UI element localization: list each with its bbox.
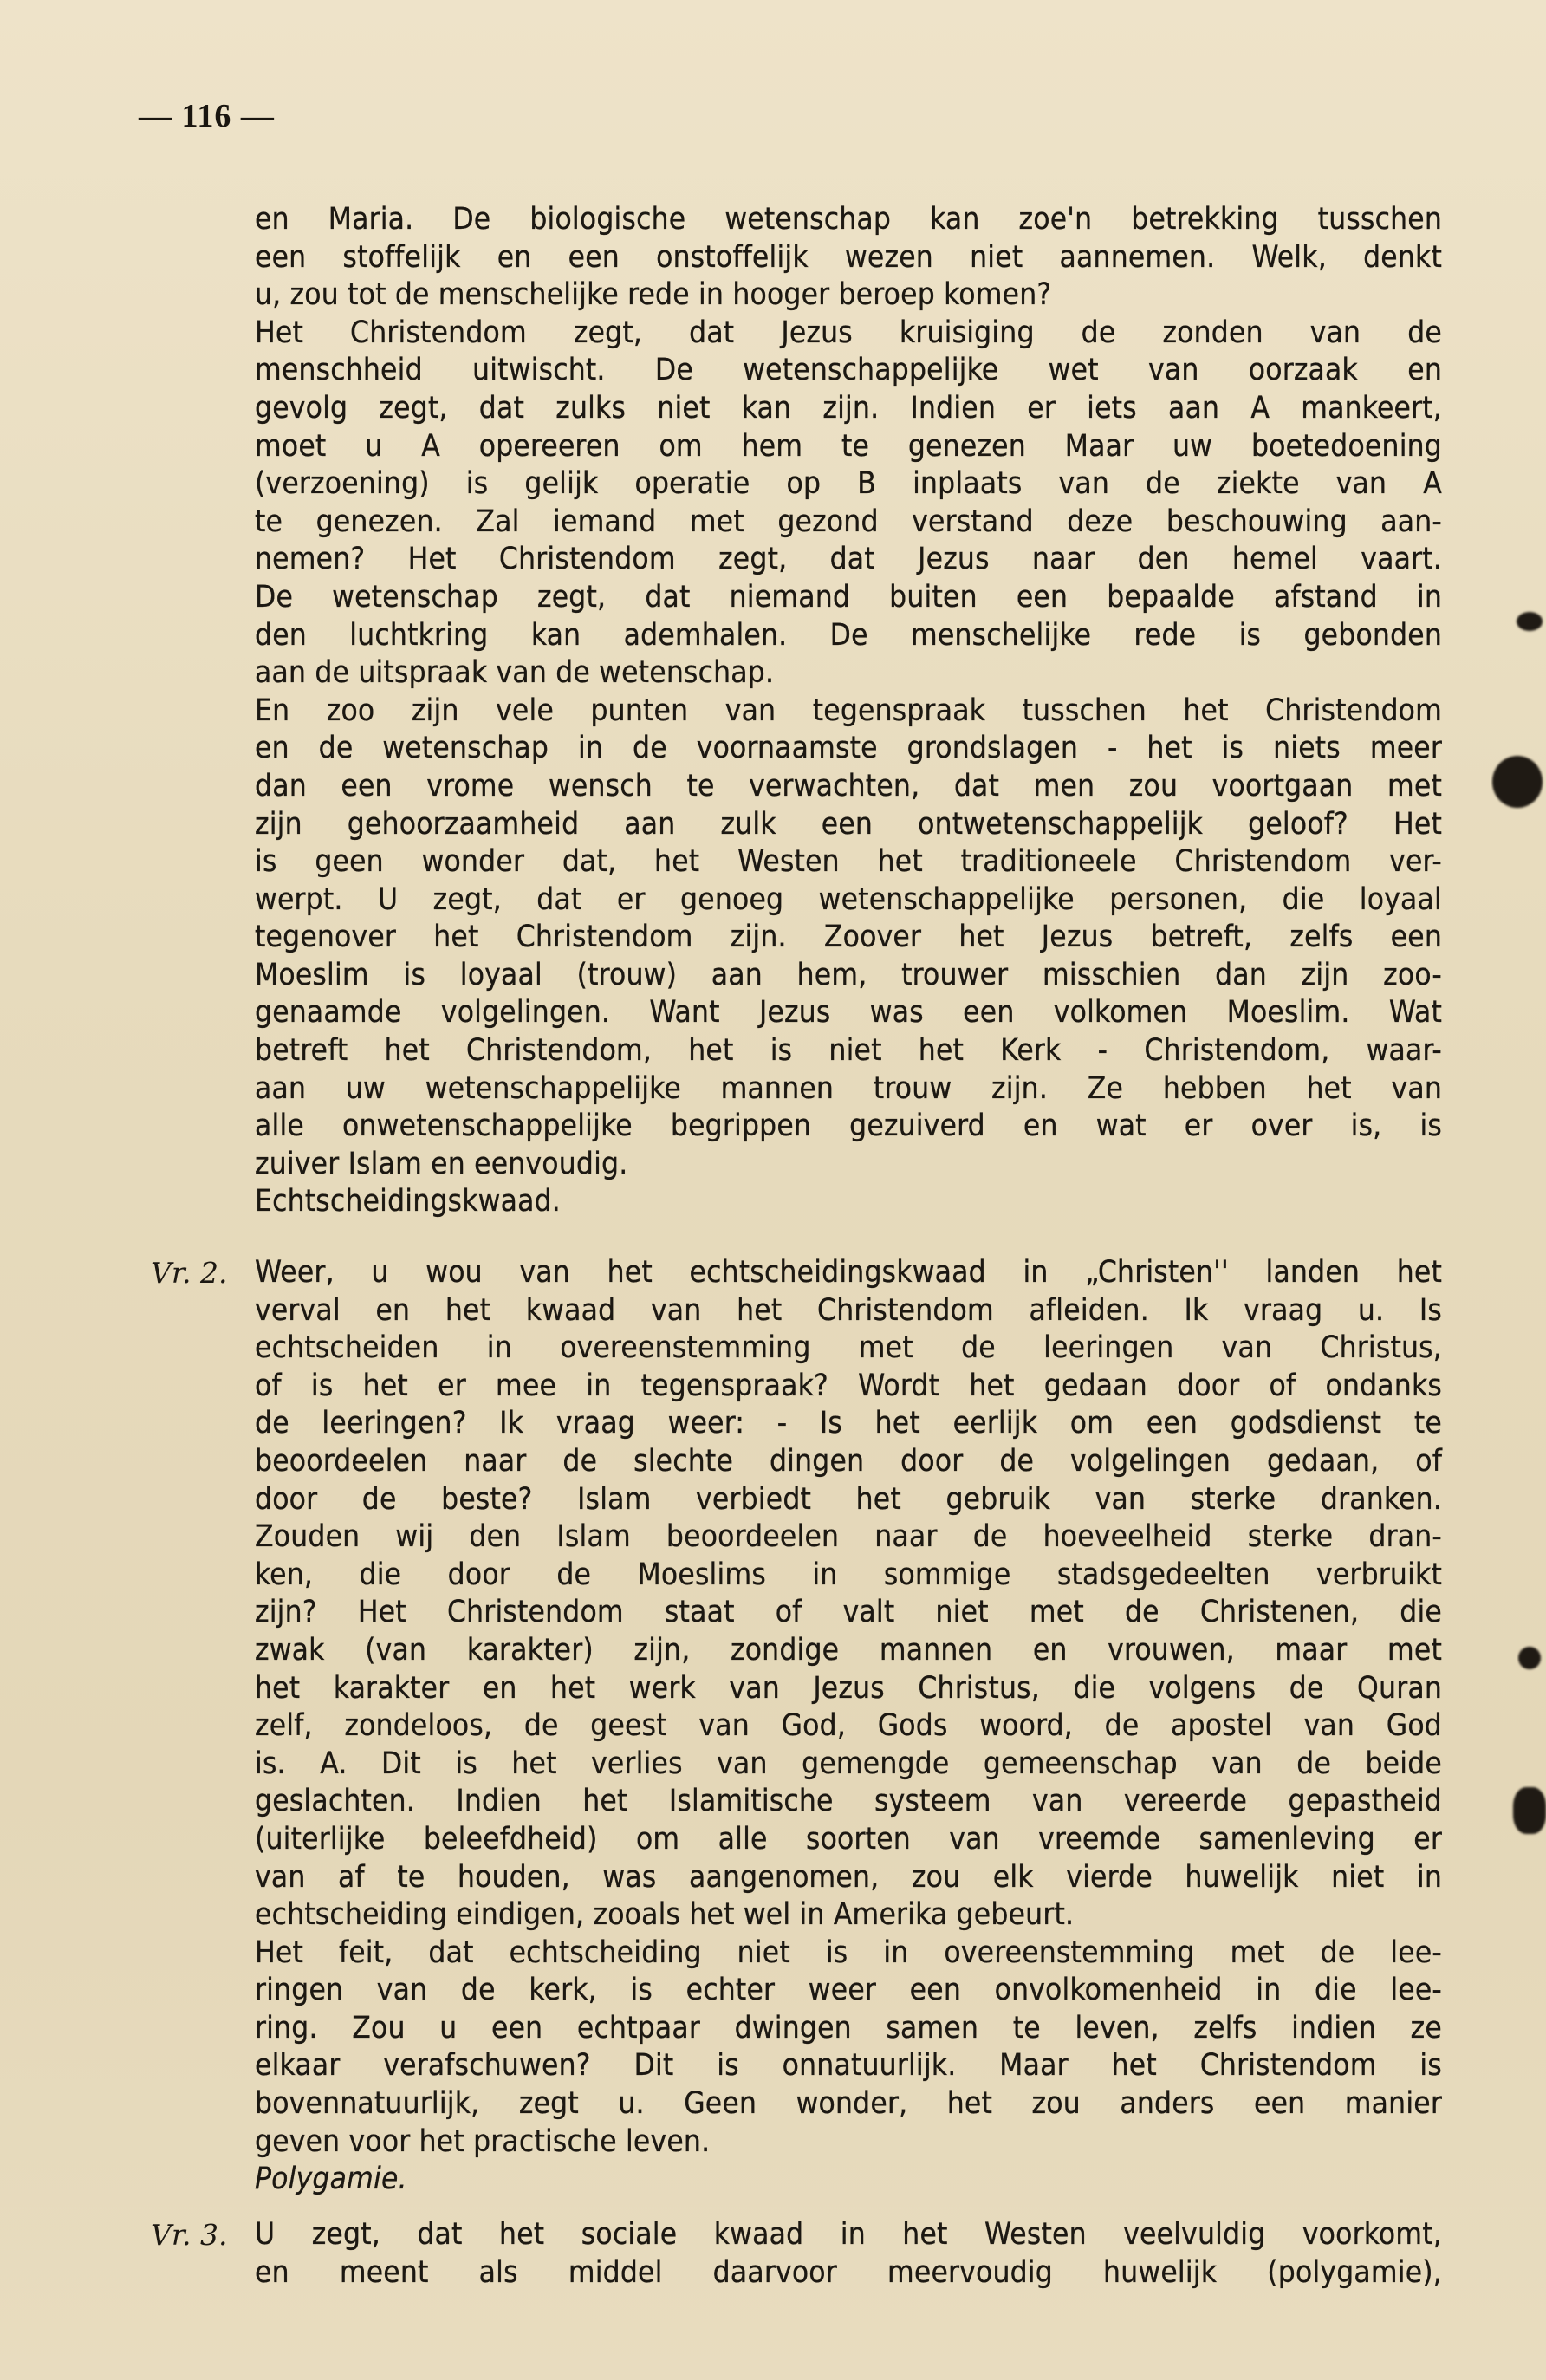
text-line: U zegt, dat het sociale kwaad in het Wes… [255,2216,1442,2254]
text-line: geslachten. Indien het Islamitische syst… [255,1783,1442,1821]
section-heading-echtscheidingskwaad: Echtscheidingskwaad. [255,1183,1442,1221]
text-line: elkaar verafschuwen? Dit is onnatuurlijk… [255,2047,1442,2085]
text-line: zijn? Het Christendom staat of valt niet… [255,1594,1442,1632]
text-line: Zouden wij den Islam beoordeelen naar de… [255,1518,1442,1557]
text-line: menschheid uitwischt. De wetenschappelij… [255,352,1442,390]
text-line: of is het er mee in tegenspraak? Wordt h… [255,1368,1442,1406]
text-line: beoordeelen naar de slechte dingen door … [255,1443,1442,1481]
text-line: bovennatuurlijk, zegt u. Geen wonder, he… [255,2085,1442,2123]
text-line: zelf, zondeloos, de geest van God, Gods … [255,1707,1442,1746]
text-line: is geen wonder dat, het Westen het tradi… [255,843,1442,881]
page-number: — 116 — [139,97,275,135]
text-line: moet u A opereeren om hem te genezen Maa… [255,428,1442,466]
binding-hole-mark [1492,756,1543,808]
text-line: en de wetenschap in de voornaamste grond… [255,730,1442,768]
text-line: van af te houden, was aangenomen, zou el… [255,1859,1442,1897]
question-3-block: U zegt, dat het sociale kwaad in het Wes… [255,2216,1442,2292]
text-line: ken, die door de Moeslims in sommige sta… [255,1557,1442,1595]
text-line: verval en het kwaad van het Christendom … [255,1292,1442,1330]
text-line: aan de uitspraak van de wetenschap. [255,654,1442,693]
text-line: Weer, u wou van het echtscheidingskwaad … [255,1254,1442,1292]
text-line: geven voor het practische leven. [255,2123,1442,2162]
text-line: tegenover het Christendom zijn. Zoover h… [255,919,1442,957]
text-line: een stoffelijk en een onstoffelijk wezen… [255,239,1442,277]
text-line: zwak (van karakter) zijn, zondige mannen… [255,1632,1442,1670]
text-line: u, zou tot de menschelijke rede in hooge… [255,276,1442,315]
text-line: den luchtkring kan ademhalen. De mensche… [255,617,1442,655]
text-line: is. A. Dit is het verlies van gemengde g… [255,1746,1442,1784]
text-line: gevolg zegt, dat zulks niet kan zijn. In… [255,390,1442,428]
text-line: En zoo zijn vele punten van tegenspraak … [255,693,1442,731]
text-line: zuiver Islam en eenvoudig. [255,1146,1442,1184]
text-line: ring. Zou u een echtpaar dwingen samen t… [255,2010,1442,2048]
question-label-3: Vr. 3. [151,2216,227,2254]
text-line: zijn gehoorzaamheid aan zulk een ontwete… [255,806,1442,844]
text-line: Het feit, dat echtscheiding niet is in o… [255,1935,1442,1973]
section-heading-polygamie: Polygamie. [255,2161,1442,2199]
text-line: alle onwetenschappelijke begrippen gezui… [255,1108,1442,1146]
text-line: en Maria. De biologische wetenschap kan … [255,201,1442,239]
binding-hole-mark [1518,1647,1541,1669]
question-label-2: Vr. 2. [151,1254,227,1292]
text-line: werpt. U zegt, dat er genoeg wetenschapp… [255,881,1442,920]
text-line: genaamde volgelingen. Want Jezus was een… [255,994,1442,1032]
text-line: aan uw wetenschappelijke mannen trouw zi… [255,1070,1442,1109]
binding-hole-mark [1517,612,1543,631]
text-line: echtscheiding eindigen, zooals het wel i… [255,1896,1442,1935]
text-line: en meent als middel daarvoor meervoudig … [255,2254,1442,2292]
text-line: te genezen. Zal iemand met gezond versta… [255,504,1442,542]
text-line: het karakter en het werk van Jezus Chris… [255,1670,1442,1708]
text-line: (uiterlijke beleefdheid) om alle soorten… [255,1821,1442,1859]
text-line: Het Christendom zegt, dat Jezus kruisigi… [255,315,1442,353]
text-line: Moeslim is loyaal (trouw) aan hem, trouw… [255,957,1442,995]
paragraph-block-intro: en Maria. De biologische wetenschap kan … [255,201,1442,1221]
text-line: (verzoening) is gelijk operatie op B inp… [255,465,1442,504]
text-line: De wetenschap zegt, dat niemand buiten e… [255,579,1442,617]
binding-hole-mark [1513,1787,1546,1834]
text-line: dan een vrome wensch te verwachten, dat … [255,768,1442,806]
text-line: de leeringen? Ik vraag weer: - Is het ee… [255,1405,1442,1443]
text-line: echtscheiden in overeenstemming met de l… [255,1330,1442,1368]
text-line: ringen van de kerk, is echter weer een o… [255,1972,1442,2010]
text-line: nemen? Het Christendom zegt, dat Jezus n… [255,541,1442,579]
text-line: betreft het Christendom, het is niet het… [255,1032,1442,1070]
text-line: door de beste? Islam verbiedt het gebrui… [255,1481,1442,1519]
question-2-block: Weer, u wou van het echtscheidingskwaad … [255,1254,1442,2199]
